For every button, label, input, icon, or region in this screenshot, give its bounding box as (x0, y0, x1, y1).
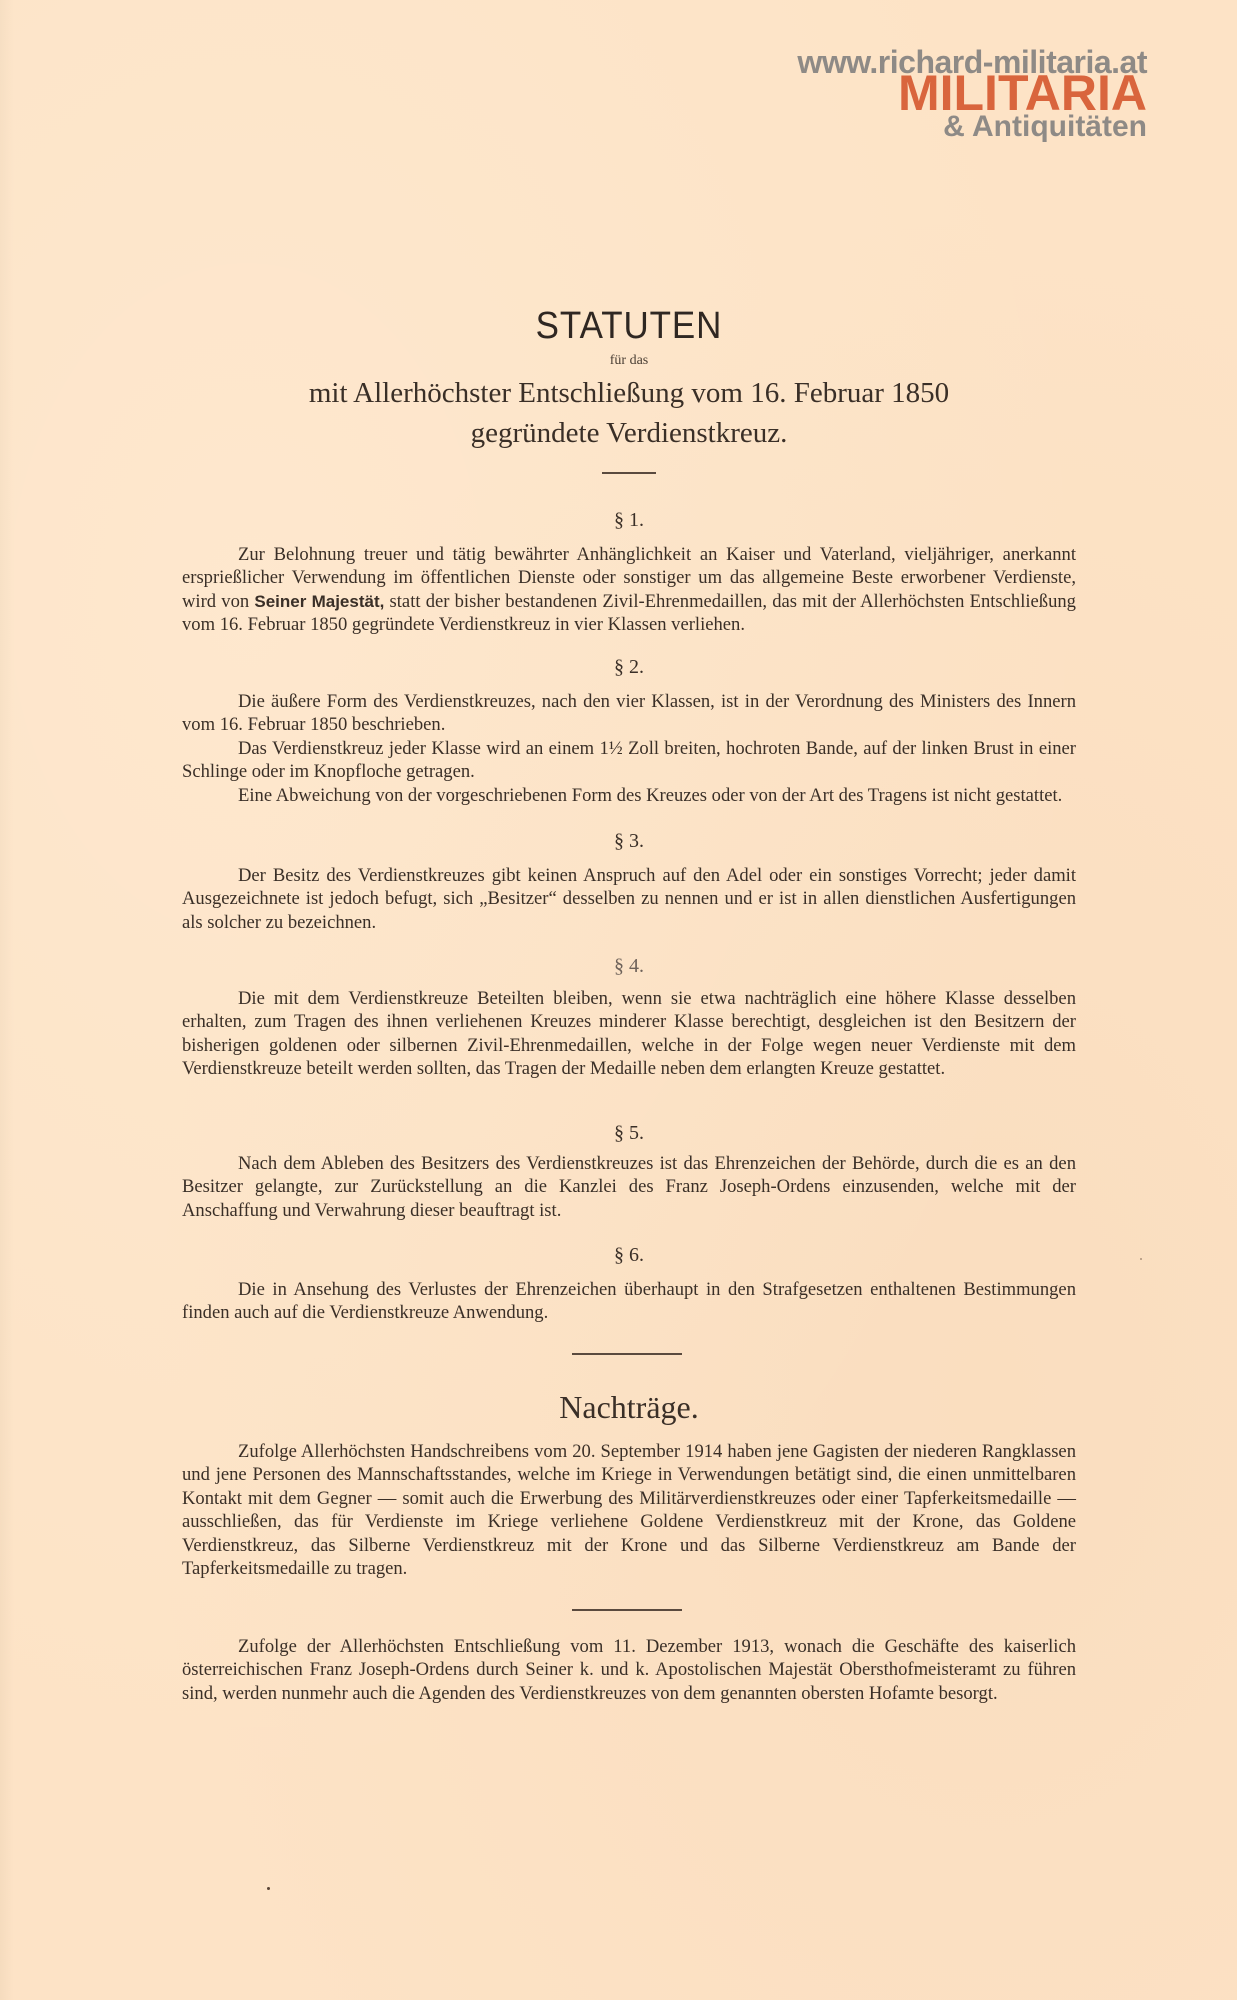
section-3-body: Der Besitz des Verdienstkreuzes gibt kei… (182, 864, 1076, 934)
section-5-body: Nach dem Ableben des Besitzers des Verdi… (182, 1152, 1076, 1222)
supplement-paragraph-2: Zufolge der Allerhöchsten Entschließung … (182, 1635, 1076, 1705)
paper-speck (267, 1887, 270, 1890)
supplement-inner-divider (572, 1609, 682, 1611)
paper-speck (1140, 1258, 1142, 1260)
subtitle-line-2: gegründete Verdienstkreuz. (182, 413, 1076, 453)
section-1-paragraph: Zur Belohnung treuer und tätig bewährter… (182, 543, 1076, 637)
section-1-heading: § 1. (182, 509, 1076, 532)
section-4-body: Die mit dem Verdienstkreuze Beteilten bl… (182, 987, 1076, 1081)
document-for-the: für das (182, 353, 1076, 369)
watermark: www.richard-militaria.at MILITARIA & Ant… (797, 46, 1147, 142)
section-5-paragraph: Nach dem Ableben des Besitzers des Verdi… (182, 1152, 1076, 1222)
section-1-body: Zur Belohnung treuer und tätig bewährter… (182, 543, 1076, 637)
section-4-paragraph: Die mit dem Verdienstkreuze Beteilten bl… (182, 987, 1076, 1081)
section-3-heading: § 3. (182, 830, 1076, 853)
section-6-body: Die in Ansehung des Verlustes der Ehrenz… (182, 1278, 1076, 1325)
section-6-heading: § 6. (182, 1244, 1076, 1267)
section-2-paragraph-1: Die äußere Form des Verdienstkreuzes, na… (182, 690, 1076, 737)
supplement-body-2: Zufolge der Allerhöchsten Entschließung … (182, 1635, 1076, 1705)
watermark-subtitle: & Antiquitäten (797, 112, 1147, 142)
document-title: STATUTEN (218, 305, 1040, 348)
section-2-paragraph-3: Eine Abweichung von der vorgeschriebenen… (182, 784, 1076, 807)
section-6-paragraph: Die in Ansehung des Verlustes der Ehrenz… (182, 1278, 1076, 1325)
supplement-paragraph-1: Zufolge Allerhöchsten Handschreibens vom… (182, 1440, 1076, 1580)
section-2-body: Die äußere Form des Verdienstkreuzes, na… (182, 690, 1076, 807)
supplement-body-1: Zufolge Allerhöchsten Handschreibens vom… (182, 1440, 1076, 1580)
supplement-heading: Nachträge. (182, 1389, 1076, 1426)
section-2-paragraph-2: Das Verdienstkreuz jeder Klasse wird an … (182, 737, 1076, 784)
section-4-heading: § 4. (182, 955, 1076, 978)
document-subtitle: mit Allerhöchster Entschließung vom 16. … (182, 373, 1076, 453)
supplement-divider (572, 1353, 682, 1355)
section-2-heading: § 2. (182, 656, 1076, 679)
section-1-bold-majesty: Seiner Majestät, (254, 592, 384, 611)
subtitle-line-1: mit Allerhöchster Entschließung vom 16. … (182, 373, 1076, 413)
header-divider (602, 472, 656, 474)
section-3-paragraph: Der Besitz des Verdienstkreuzes gibt kei… (182, 864, 1076, 934)
section-5-heading: § 5. (182, 1122, 1076, 1145)
